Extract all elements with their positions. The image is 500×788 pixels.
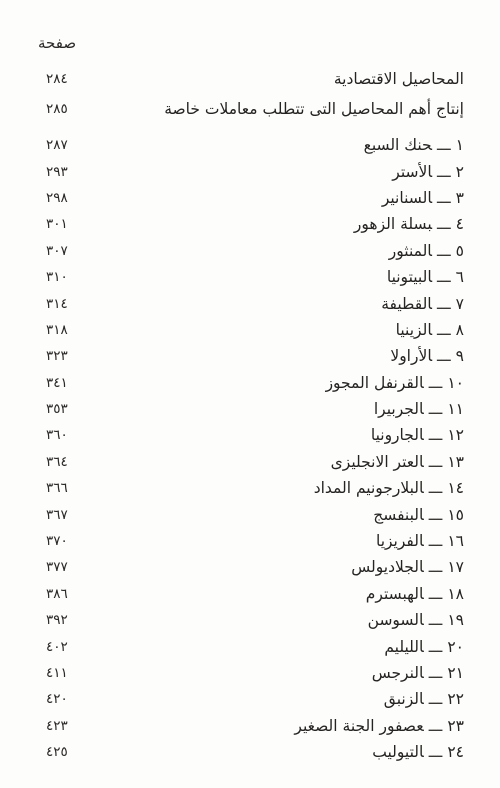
entry-title-cell: ٤ـــبسلة الزهور <box>354 215 464 233</box>
entry-dash: ـــ <box>429 374 443 392</box>
entry-dash: ـــ <box>437 321 451 339</box>
toc-row: ٣٨٦ ١٨ـــالهبسترم <box>0 581 500 607</box>
toc-row: ٤٢٣ ٢٣ـــعصفور الجنة الصغير <box>0 713 500 739</box>
entry-number: ٨ <box>456 321 464 339</box>
toc-row: ٣١٨ ٨ـــالزينيا <box>0 317 500 343</box>
page-number: ٣٧٠ <box>46 533 68 549</box>
toc-row: ٣١٠ ٦ـــالبيتونيا <box>0 264 500 290</box>
toc-row: ٣٦٤ ١٣ـــالعتر الانجليزى <box>0 449 500 475</box>
entry-number: ٧ <box>456 295 464 313</box>
entry-number: ١١ <box>447 400 464 418</box>
page-number: ٣٦٦ <box>46 480 68 496</box>
entry-title-cell: ١٧ـــالجلاديولس <box>351 558 464 576</box>
entry-title-cell: ٢٠ـــالليليم <box>384 638 464 656</box>
entry-number: ١٢ <box>447 426 464 444</box>
entry-title-cell: إنتاج أهم المحاصيل التى تتطلب معاملات خا… <box>164 100 464 118</box>
entry-title: إنتاج أهم المحاصيل التى تتطلب معاملات خا… <box>164 100 464 118</box>
entry-dash: ـــ <box>429 426 443 444</box>
toc-row: ٢٨٥ إنتاج أهم المحاصيل التى تتطلب معاملا… <box>0 94 500 124</box>
page-number: ٢٨٤ <box>46 71 68 87</box>
entry-title: الجربيرا <box>374 400 424 418</box>
toc-row: ٣٩٢ ١٩ـــالسوسن <box>0 607 500 633</box>
entry-number: ٢٣ <box>447 717 464 735</box>
entry-title: البلارجونيم المداد <box>314 479 424 497</box>
toc-intro-section: ٢٨٤ المحاصيل الاقتصادية ٢٨٥ إنتاج أهم ال… <box>0 64 500 124</box>
page-number: ٣٦٠ <box>46 427 68 443</box>
entry-dash: ـــ <box>429 558 443 576</box>
toc-row: ٣٦٧ ١٥ـــالبنفسج <box>0 501 500 527</box>
entry-number: ٤ <box>456 215 464 233</box>
entry-dash: ـــ <box>429 664 443 682</box>
entry-title-cell: ٩ـــالأراولا <box>390 347 464 365</box>
entry-title: العتر الانجليزى <box>331 453 424 471</box>
entry-title-cell: ٢١ـــالنرجس <box>372 664 464 682</box>
entry-number: ١٤ <box>447 479 464 497</box>
entry-number: ١٣ <box>447 453 464 471</box>
page-number: ٤٠٢ <box>46 639 68 655</box>
page-number: ٣٦٤ <box>46 454 68 470</box>
page-number: ٣٠١ <box>46 216 68 232</box>
entry-title: الليليم <box>384 638 423 656</box>
entry-title: المنثور <box>389 242 432 260</box>
entry-title: الأستر <box>392 163 432 181</box>
entry-title-cell: ٣ـــالسنانير <box>382 189 464 207</box>
entry-number: ١٧ <box>447 558 464 576</box>
entry-dash: ـــ <box>429 717 443 735</box>
entry-dash: ـــ <box>437 347 451 365</box>
book-toc-page: { "page": { "background": "#fdfdfb", "te… <box>0 0 500 788</box>
entry-title: النرجس <box>372 664 424 682</box>
toc-row: ٣٠٧ ٥ـــالمنثور <box>0 238 500 264</box>
entry-title-cell: ٨ـــالزينيا <box>396 321 464 339</box>
entry-dash: ـــ <box>429 506 443 524</box>
entry-dash: ـــ <box>429 611 443 629</box>
toc-row: ٣٥٣ ١١ـــالجربيرا <box>0 396 500 422</box>
entry-number: ١٩ <box>447 611 464 629</box>
page-number: ٣١٤ <box>46 296 68 312</box>
entry-number: ٦ <box>456 268 464 286</box>
entry-title: الفريزيا <box>376 532 424 550</box>
entry-dash: ـــ <box>437 189 451 207</box>
entry-dash: ـــ <box>429 638 443 656</box>
entry-title-cell: ٢٣ـــعصفور الجنة الصغير <box>294 717 464 735</box>
entry-dash: ـــ <box>429 585 443 603</box>
entry-title: حنك السبع <box>364 136 432 154</box>
entry-title: البيتونيا <box>387 268 432 286</box>
page-number: ٤١١ <box>46 665 68 681</box>
toc-items-section: ٢٨٧ ١ـــحنك السبع ٢٩٣ ٢ـــالأستر ٢٩٨ ٣ــ… <box>0 132 500 765</box>
entry-title: القطيفة <box>381 295 432 313</box>
page-number: ٢٩٣ <box>46 164 68 180</box>
page-number: ٢٨٧ <box>46 137 68 153</box>
entry-title: التيوليب <box>372 743 423 761</box>
entry-dash: ـــ <box>429 690 443 708</box>
toc-row: ٤١١ ٢١ـــالنرجس <box>0 660 500 686</box>
entry-title: عصفور الجنة الصغير <box>294 717 423 735</box>
page-number: ٣١٠ <box>46 269 68 285</box>
entry-number: ١٨ <box>447 585 464 603</box>
entry-number: ١ <box>456 136 464 154</box>
entry-dash: ـــ <box>429 532 443 550</box>
entry-dash: ـــ <box>437 215 451 233</box>
toc-content: ٢٨٤ المحاصيل الاقتصادية ٢٨٥ إنتاج أهم ال… <box>0 64 500 765</box>
entry-title: الزنبق <box>384 690 424 708</box>
entry-title-cell: ١١ـــالجربيرا <box>374 400 464 418</box>
entry-title-cell: ١٦ـــالفريزيا <box>376 532 464 550</box>
entry-title-cell: ٢٢ـــالزنبق <box>384 690 464 708</box>
entry-dash: ـــ <box>429 743 443 761</box>
entry-dash: ـــ <box>437 295 451 313</box>
page-number: ٤٢٠ <box>46 691 68 707</box>
entry-title-cell: ٦ـــالبيتونيا <box>387 268 464 286</box>
entry-number: ٢٢ <box>447 690 464 708</box>
entry-title: الجلاديولس <box>351 558 423 576</box>
toc-row: ٢٩٣ ٢ـــالأستر <box>0 158 500 184</box>
entry-title-cell: ١٩ـــالسوسن <box>368 611 464 629</box>
toc-row: ٣٦٠ ١٢ـــالجارونيا <box>0 422 500 448</box>
entry-title: الأراولا <box>390 347 432 365</box>
entry-title-cell: ١٥ـــالبنفسج <box>373 506 464 524</box>
entry-number: ٢١ <box>447 664 464 682</box>
entry-title-cell: ١ـــحنك السبع <box>364 136 464 154</box>
page-number: ٣٧٧ <box>46 559 68 575</box>
entry-title-cell: ٢ـــالأستر <box>392 163 464 181</box>
toc-row: ٣٧٠ ١٦ـــالفريزيا <box>0 528 500 554</box>
entry-dash: ـــ <box>429 453 443 471</box>
entry-title-cell: ١٨ـــالهبسترم <box>366 585 464 603</box>
entry-title-cell: ٧ـــالقطيفة <box>381 295 464 313</box>
entry-title: السنانير <box>382 189 432 207</box>
entry-title: البنفسج <box>373 506 423 524</box>
entry-title-cell: ١٣ـــالعتر الانجليزى <box>331 453 464 471</box>
page-number: ٣٩٢ <box>46 612 68 628</box>
toc-row: ٣٧٧ ١٧ـــالجلاديولس <box>0 554 500 580</box>
entry-dash: ـــ <box>437 163 451 181</box>
entry-title-cell: ٥ـــالمنثور <box>389 242 464 260</box>
page-column-header: صفحة <box>38 34 76 52</box>
toc-row: ٣٠١ ٤ـــبسلة الزهور <box>0 211 500 237</box>
toc-row: ٤٢٠ ٢٢ـــالزنبق <box>0 686 500 712</box>
entry-title: المحاصيل الاقتصادية <box>334 70 464 88</box>
entry-title-cell: ٢٤ـــالتيوليب <box>372 743 464 761</box>
entry-title-cell: ١٤ـــالبلارجونيم المداد <box>314 479 464 497</box>
entry-title: الهبسترم <box>366 585 424 603</box>
toc-row: ٣٦٦ ١٤ـــالبلارجونيم المداد <box>0 475 500 501</box>
toc-row: ٣١٤ ٧ـــالقطيفة <box>0 290 500 316</box>
entry-title: القرنفل المجوز <box>326 374 424 392</box>
entry-number: ١٠ <box>447 374 464 392</box>
entry-number: ٢٠ <box>447 638 464 656</box>
toc-row: ٢٨٤ المحاصيل الاقتصادية <box>0 64 500 94</box>
page-number: ٢٨٥ <box>46 101 68 117</box>
toc-row: ٣٢٣ ٩ـــالأراولا <box>0 343 500 369</box>
page-number: ٣٤١ <box>46 375 68 391</box>
page-number: ٤٢٥ <box>46 744 68 760</box>
entry-title: السوسن <box>368 611 424 629</box>
toc-row: ٢٩٨ ٣ـــالسنانير <box>0 185 500 211</box>
page-number: ٣٥٣ <box>46 401 68 417</box>
page-number: ٣٠٧ <box>46 243 68 259</box>
entry-number: ٩ <box>456 347 464 365</box>
entry-title-cell: المحاصيل الاقتصادية <box>334 70 464 88</box>
entry-number: ٢ <box>456 163 464 181</box>
entry-number: ٢٤ <box>447 743 464 761</box>
entry-title-cell: ١٠ـــالقرنفل المجوز <box>326 374 464 392</box>
toc-row: ٣٤١ ١٠ـــالقرنفل المجوز <box>0 370 500 396</box>
page-number: ٢٩٨ <box>46 190 68 206</box>
entry-dash: ـــ <box>429 400 443 418</box>
page-number: ٣٢٣ <box>46 348 68 364</box>
entry-dash: ـــ <box>437 242 451 260</box>
entry-dash: ـــ <box>429 479 443 497</box>
page-number: ٣٨٦ <box>46 586 68 602</box>
entry-title: الزينيا <box>396 321 432 339</box>
entry-number: ٣ <box>456 189 464 207</box>
entry-title: الجارونيا <box>371 426 424 444</box>
toc-row: ٤٠٢ ٢٠ـــالليليم <box>0 633 500 659</box>
page-number: ٣١٨ <box>46 322 68 338</box>
toc-row: ٢٨٧ ١ـــحنك السبع <box>0 132 500 158</box>
entry-dash: ـــ <box>437 136 451 154</box>
entry-title-cell: ١٢ـــالجارونيا <box>371 426 464 444</box>
page-number: ٤٢٣ <box>46 718 68 734</box>
toc-row: ٤٢٥ ٢٤ـــالتيوليب <box>0 739 500 765</box>
entry-number: ١٦ <box>447 532 464 550</box>
entry-number: ١٥ <box>447 506 464 524</box>
entry-number: ٥ <box>456 242 464 260</box>
entry-dash: ـــ <box>437 268 451 286</box>
page-number: ٣٦٧ <box>46 507 68 523</box>
entry-title: بسلة الزهور <box>354 215 432 233</box>
